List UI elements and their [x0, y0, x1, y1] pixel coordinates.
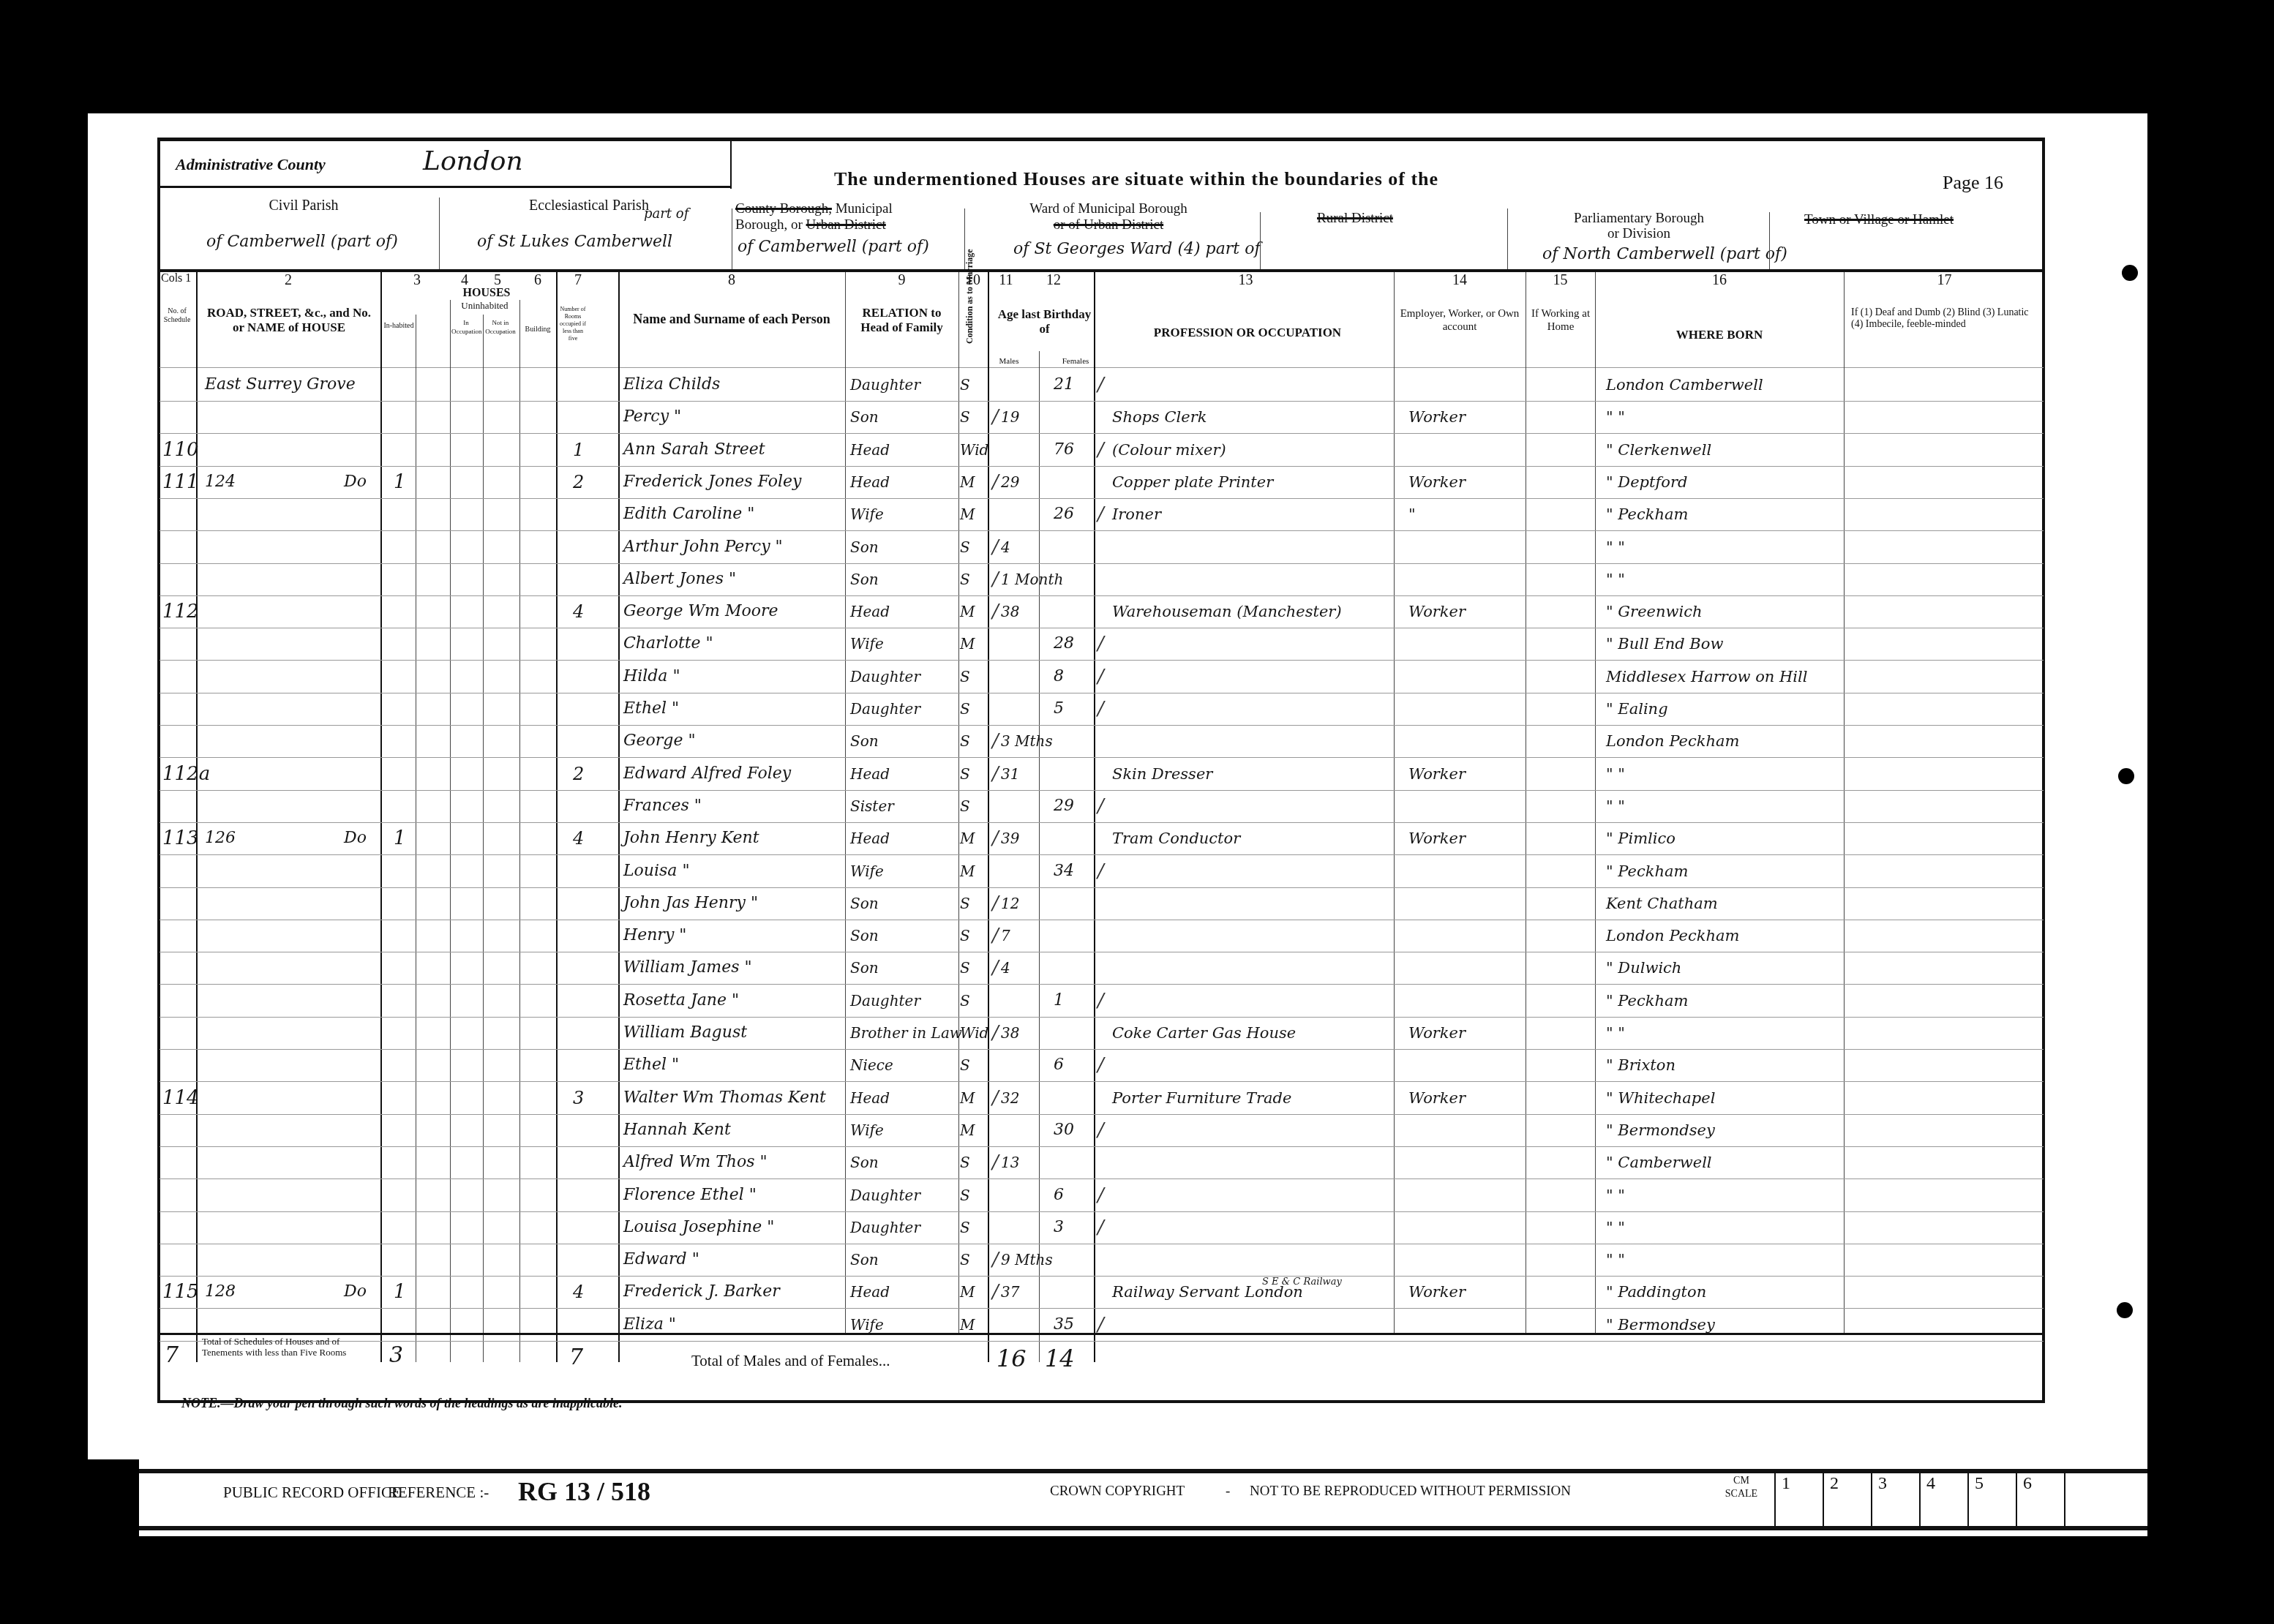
- divider: [732, 208, 732, 271]
- relation-to-head: Daughter: [850, 1213, 920, 1242]
- tally-tick: /: [992, 953, 999, 982]
- header-title: The undermentioned Houses are situate wi…: [834, 168, 1438, 190]
- person-name: Hilda ": [623, 662, 680, 691]
- col-num-16: 16: [1595, 272, 1844, 289]
- borough-value: of Camberwell (part of): [738, 238, 929, 256]
- scale-mark: 4: [1919, 1469, 1970, 1526]
- birthplace: London Peckham: [1606, 726, 1739, 756]
- eccl-parish-note: part of: [644, 206, 688, 222]
- heading-condition: Condition as to Marriage: [964, 249, 975, 344]
- relation-to-head: Wife: [850, 1310, 884, 1339]
- relation-to-head: Son: [850, 1245, 879, 1274]
- male-age: 38: [1001, 1018, 1019, 1048]
- employment-status: Worker: [1408, 1083, 1466, 1113]
- col-num-9: 9: [845, 272, 958, 289]
- employment-status: Worker: [1408, 759, 1466, 789]
- town-village-struck: Town or Village or Hamlet: [1804, 212, 1954, 228]
- female-age: 3: [1054, 1213, 1064, 1242]
- schedule-number: 110: [162, 435, 199, 465]
- male-age: 12: [1001, 889, 1019, 918]
- col-divider: [618, 272, 620, 1362]
- birthplace: " Bermondsey: [1606, 1116, 1715, 1145]
- col-num-13: 13: [1097, 272, 1394, 289]
- relation-to-head: Son: [850, 889, 879, 918]
- col-divider: [416, 315, 416, 1362]
- person-name: John Henry Kent: [623, 824, 759, 853]
- schedule-number: 111: [162, 467, 199, 497]
- employment-status: Worker: [1408, 1277, 1466, 1307]
- heading-uninhabited: Uninhabited: [450, 300, 519, 312]
- marital-condition: S: [960, 889, 970, 918]
- relation-to-head: Wife: [850, 500, 884, 529]
- row-rule: [160, 660, 2044, 661]
- row-rule: [160, 1341, 2044, 1342]
- inhabited-count: 1: [394, 824, 406, 853]
- row-rule: [160, 498, 2044, 499]
- birthplace: Middlesex Harrow on Hill: [1606, 662, 1807, 691]
- marital-condition: S: [960, 1148, 970, 1177]
- admin-county-label: Administrative County: [176, 155, 326, 174]
- heading-not-in-occupation: Not in Occupation: [484, 318, 517, 336]
- person-name: Henry ": [623, 921, 686, 950]
- total-males: 16: [997, 1345, 1027, 1372]
- col-num-17: 17: [1844, 272, 2045, 289]
- marital-condition: M: [960, 597, 975, 626]
- inhabited-count: 1: [394, 467, 406, 497]
- female-age: 29: [1054, 792, 1074, 821]
- row-rule: [160, 563, 2044, 564]
- scale-mark-end: [2064, 1469, 2115, 1526]
- tally-tick: /: [992, 1018, 999, 1048]
- row-rule: [160, 822, 2044, 823]
- male-age: 9 Mths: [1001, 1245, 1053, 1274]
- tally-tick: /: [1097, 1181, 1104, 1210]
- birthplace: " Ealing: [1606, 694, 1668, 723]
- person-name: Louisa Josephine ": [623, 1213, 774, 1242]
- admin-county-underline: [160, 186, 730, 188]
- female-age: 5: [1054, 694, 1064, 723]
- relation-to-head: Niece: [850, 1050, 893, 1080]
- county-borough-label: County Borough, Municipal: [735, 201, 893, 217]
- birthplace: " Bermondsey: [1606, 1310, 1715, 1339]
- col-num-11: 11: [991, 272, 1021, 289]
- tally-tick: /: [992, 597, 999, 626]
- relation-to-head: Son: [850, 402, 879, 432]
- occupation: Ironer: [1112, 500, 1161, 529]
- tally-tick: /: [992, 921, 999, 950]
- marital-condition: S: [960, 370, 970, 399]
- person-name: Ethel ": [623, 1050, 679, 1080]
- col-divider: [958, 272, 959, 1333]
- person-name: Frederick J. Barker: [623, 1277, 780, 1307]
- male-age: 29: [1001, 467, 1019, 497]
- marital-condition: M: [960, 1083, 975, 1113]
- occupation: Porter Furniture Trade: [1112, 1083, 1291, 1113]
- row-rule: [160, 628, 2044, 628]
- civil-parish-value: of Camberwell (part of): [206, 233, 398, 251]
- footer-copyright: CROWN COPYRIGHT: [1050, 1484, 1185, 1500]
- tally-tick: /: [992, 1148, 999, 1177]
- row-rule: [160, 530, 2044, 531]
- total-rooms: 7: [569, 1345, 583, 1370]
- row-rule: [160, 401, 2044, 402]
- female-age: 6: [1054, 1050, 1064, 1080]
- scale-mark: 1: [1774, 1469, 1825, 1526]
- person-name: Albert Jones ": [623, 565, 736, 594]
- house-number-ditto: Do: [344, 467, 367, 497]
- schedule-number: 114: [162, 1083, 199, 1113]
- birthplace: " ": [1606, 533, 1625, 562]
- row-rule: [160, 1211, 2044, 1212]
- occupation: Warehouseman (Manchester): [1112, 597, 1342, 626]
- marital-condition: Wid: [960, 435, 988, 465]
- scale-label-cm: CM: [1723, 1475, 1760, 1488]
- row-rule: [160, 790, 2044, 791]
- scale-label-scale: SCALE: [1723, 1488, 1760, 1501]
- relation-to-head: Wife: [850, 629, 884, 658]
- row-rule: [160, 1276, 2044, 1277]
- row-rule: [160, 1114, 2044, 1115]
- tally-tick: /: [1097, 1213, 1104, 1242]
- tally-tick: /: [992, 1245, 999, 1274]
- parliamentary-label-1: Parliamentary Borough: [1522, 211, 1756, 226]
- person-name: Alfred Wm Thos ": [623, 1148, 768, 1177]
- row-rule: [160, 757, 2044, 758]
- row-rule: [160, 725, 2044, 726]
- tally-tick: /: [1097, 1310, 1104, 1339]
- admin-county-value: London: [423, 146, 523, 176]
- row-rule: [160, 1308, 2044, 1309]
- col-divider: [483, 315, 484, 1362]
- heading-males: Males: [991, 357, 1027, 366]
- relation-to-head: Son: [850, 565, 879, 594]
- total-schedules-label: Total of Schedules of Houses and of Tene…: [202, 1336, 370, 1358]
- divider: [439, 198, 440, 271]
- urban-district-struck: Urban District: [806, 217, 886, 233]
- marital-condition: S: [960, 921, 970, 950]
- relation-to-head: Daughter: [850, 370, 920, 399]
- total-males-females-label: Total of Males and of Females...: [691, 1352, 890, 1370]
- female-age: 28: [1054, 629, 1074, 658]
- birthplace: " Bull End Bow: [1606, 629, 1723, 658]
- row-rule: [160, 1081, 2044, 1082]
- tally-tick: /: [1097, 435, 1104, 465]
- parliamentary-label: Parliamentary Borough or Division: [1522, 211, 1756, 241]
- relation-to-head: Son: [850, 726, 879, 756]
- male-age: 4: [1001, 533, 1010, 562]
- occupation: Skin Dresser: [1112, 759, 1212, 789]
- birthplace: " Greenwich: [1606, 597, 1703, 626]
- female-age: 6: [1054, 1181, 1064, 1210]
- male-age: 13: [1001, 1148, 1019, 1177]
- person-name: Eliza Childs: [623, 370, 720, 399]
- relation-to-head: Head: [850, 467, 890, 497]
- birthplace: " ": [1606, 565, 1625, 594]
- person-name: Ann Sarah Street: [623, 435, 765, 465]
- marital-condition: S: [960, 1213, 970, 1242]
- marital-condition: S: [960, 953, 970, 982]
- marital-condition: M: [960, 857, 975, 886]
- schedule-number: 112: [162, 597, 199, 626]
- birthplace: London Camberwell: [1606, 370, 1763, 399]
- house-number-ditto: Do: [344, 824, 367, 853]
- marital-condition: S: [960, 726, 970, 756]
- scale-mark: 6: [2016, 1469, 2067, 1526]
- occupation: Shops Clerk: [1112, 402, 1207, 432]
- person-name: Hannah Kent: [623, 1116, 731, 1145]
- civil-parish-label: Civil Parish: [176, 198, 432, 214]
- marital-condition: M: [960, 1116, 975, 1145]
- row-rule: [160, 466, 2044, 467]
- relation-to-head: Head: [850, 1083, 890, 1113]
- birthplace: " Pimlico: [1606, 824, 1676, 853]
- tally-tick: /: [1097, 986, 1104, 1015]
- inhabited-count: 1: [394, 1277, 406, 1307]
- row-rule: [160, 952, 2044, 952]
- parliamentary-value: of North Camberwell (part of): [1542, 245, 1787, 263]
- page-number: Page 16: [1943, 172, 2003, 194]
- person-name: Eliza ": [623, 1310, 676, 1339]
- tally-tick: /: [1097, 500, 1104, 529]
- row-rule: [160, 1017, 2044, 1018]
- marital-condition: M: [960, 824, 975, 853]
- female-age: 76: [1054, 435, 1074, 465]
- col-num-12: 12: [1039, 272, 1068, 289]
- rooms-count: 3: [573, 1083, 584, 1113]
- person-name: Florence Ethel ": [623, 1181, 757, 1210]
- tally-tick: /: [992, 533, 999, 562]
- birthplace: " Clerkenwell: [1606, 435, 1711, 465]
- heading-in-occupation: In Occupation: [451, 318, 481, 336]
- heading-schedule: No. of Schedule: [158, 307, 196, 325]
- col-divider: [845, 272, 846, 1333]
- male-age: 4: [1001, 953, 1010, 982]
- marital-condition: M: [960, 1277, 975, 1307]
- relation-to-head: Head: [850, 1277, 890, 1307]
- tally-tick: /: [1097, 662, 1104, 691]
- col-divider: [380, 272, 382, 1362]
- employment-status: Worker: [1408, 467, 1466, 497]
- birthplace: " Paddington: [1606, 1277, 1706, 1307]
- rooms-count: 2: [573, 759, 584, 789]
- heading-rooms: Number of Rooms occupied if less than fi…: [558, 306, 588, 342]
- person-name: Percy ": [623, 402, 681, 432]
- col-divider: [1039, 351, 1040, 1362]
- col-divider: [1595, 272, 1596, 1333]
- employment-status: Worker: [1408, 597, 1466, 626]
- marital-condition: S: [960, 759, 970, 789]
- heading-rule: [160, 367, 2044, 368]
- marital-condition: S: [960, 792, 970, 821]
- person-name: Frederick Jones Foley: [623, 467, 801, 497]
- marital-condition: S: [960, 694, 970, 723]
- person-name: Arthur John Percy ": [623, 533, 783, 562]
- female-age: 1: [1054, 986, 1064, 1015]
- marital-condition: M: [960, 467, 975, 497]
- relation-to-head: Son: [850, 1148, 879, 1177]
- person-name: George ": [623, 726, 696, 756]
- relation-to-head: Head: [850, 435, 890, 465]
- road-name: 128: [205, 1277, 236, 1307]
- col-divider: [1394, 272, 1395, 1333]
- row-rule: [160, 595, 2044, 596]
- birthplace: " Peckham: [1606, 986, 1688, 1015]
- female-age: 21: [1054, 370, 1074, 399]
- marital-condition: S: [960, 986, 970, 1015]
- marital-condition: S: [960, 565, 970, 594]
- male-age: 32: [1001, 1083, 1019, 1113]
- tally-tick: /: [1097, 1116, 1104, 1145]
- tally-tick: /: [992, 726, 999, 756]
- rooms-count: 4: [573, 1277, 584, 1307]
- row-rule: [160, 433, 2044, 434]
- marital-condition: M: [960, 629, 975, 658]
- person-name: Charlotte ": [623, 629, 713, 658]
- punch-hole: [2118, 768, 2134, 784]
- row-rule: [160, 1049, 2044, 1050]
- birthplace: " Peckham: [1606, 500, 1688, 529]
- birthplace: " Peckham: [1606, 857, 1688, 886]
- person-name: William James ": [623, 953, 752, 982]
- col-num-14: 14: [1394, 272, 1526, 289]
- female-age: 30: [1054, 1116, 1074, 1145]
- person-name: Ethel ": [623, 694, 679, 723]
- birthplace: " ": [1606, 1181, 1625, 1210]
- row-rule: [160, 1146, 2044, 1147]
- footer-permission: NOT TO BE REPRODUCED WITHOUT PERMISSION: [1250, 1484, 1571, 1500]
- tally-tick: /: [1097, 629, 1104, 658]
- col-num-15: 15: [1526, 272, 1595, 289]
- heading-age: Age last Birthday of: [991, 307, 1097, 337]
- tally-tick: /: [992, 467, 999, 497]
- col-divider: [1844, 272, 1845, 1333]
- female-age: 35: [1054, 1310, 1074, 1339]
- row-rule: [160, 1244, 2044, 1244]
- scale-mark: 3: [1871, 1469, 1922, 1526]
- tally-tick: /: [992, 889, 999, 918]
- marital-condition: S: [960, 1181, 970, 1210]
- person-name: John Jas Henry ": [623, 889, 758, 918]
- ward-struck: or of Urban District: [973, 217, 1244, 233]
- heading-road: ROAD, STREET, &c., and No. or NAME of HO…: [201, 306, 377, 335]
- schedule-number: 113: [162, 824, 199, 853]
- male-age: 31: [1001, 759, 1019, 789]
- row-rule: [160, 887, 2044, 888]
- male-age: 19: [1001, 402, 1019, 432]
- birthplace: " Camberwell: [1606, 1148, 1712, 1177]
- row-rule: [160, 920, 2044, 920]
- marital-condition: S: [960, 662, 970, 691]
- relation-to-head: Daughter: [850, 694, 920, 723]
- male-age: 39: [1001, 824, 1019, 853]
- col-num-8: 8: [618, 272, 845, 289]
- col-divider: [519, 300, 520, 1362]
- heading-infirmity: If (1) Deaf and Dumb (2) Blind (3) Lunat…: [1851, 307, 2034, 331]
- rooms-count: 2: [573, 467, 584, 497]
- birthplace: " ": [1606, 1245, 1625, 1274]
- row-rule: [160, 984, 2044, 985]
- rooms-count: 4: [573, 824, 584, 853]
- tally-tick: /: [992, 1277, 999, 1307]
- heading-females: Females: [1054, 357, 1097, 366]
- person-name: Walter Wm Thomas Kent: [623, 1083, 826, 1113]
- relation-to-head: Sister: [850, 792, 894, 821]
- person-name: Frances ": [623, 792, 702, 821]
- birthplace: " Brixton: [1606, 1050, 1676, 1080]
- col-divider: [556, 272, 558, 1362]
- marital-condition: S: [960, 1050, 970, 1080]
- tally-tick: /: [1097, 1050, 1104, 1080]
- person-name: William Bagust: [623, 1018, 747, 1048]
- birthplace: " Deptford: [1606, 467, 1687, 497]
- relation-to-head: Son: [850, 533, 879, 562]
- person-name: Edith Caroline ": [623, 500, 754, 529]
- archive-footer: PUBLIC RECORD OFFICE REFERENCE :- RG 13 …: [139, 1456, 2147, 1536]
- row-rule: [160, 1178, 2044, 1179]
- divider: [1260, 212, 1261, 271]
- divider: [1507, 208, 1508, 271]
- birthplace: " ": [1606, 792, 1625, 821]
- col-divider: [1094, 272, 1095, 1362]
- house-number-ditto: Do: [344, 1277, 367, 1307]
- female-age: 26: [1054, 500, 1074, 529]
- road-name: East Surrey Grove: [205, 370, 356, 399]
- tally-tick: /: [992, 824, 999, 853]
- male-age: 38: [1001, 597, 1019, 626]
- employment-status: Worker: [1408, 402, 1466, 432]
- male-age: 7: [1001, 921, 1010, 950]
- tally-tick: /: [992, 1083, 999, 1113]
- tally-tick: /: [1097, 370, 1104, 399]
- parliamentary-label-2: or Division: [1522, 226, 1756, 241]
- relation-to-head: Brother in Law: [850, 1018, 962, 1048]
- col-num-7: 7: [567, 272, 589, 289]
- relation-to-head: Head: [850, 759, 890, 789]
- heading-inhabited: In-habited: [382, 322, 416, 331]
- heading-occupation: PROFESSION OR OCCUPATION: [1105, 326, 1390, 340]
- birthplace: " Whitechapel: [1606, 1083, 1715, 1113]
- occupation: Tram Conductor: [1112, 824, 1240, 853]
- occupation: Copper plate Printer: [1112, 467, 1273, 497]
- birthplace: " Dulwich: [1606, 953, 1681, 982]
- rooms-count: 4: [573, 597, 584, 626]
- row-rule: [160, 693, 2044, 693]
- col-divider: [1526, 272, 1526, 1333]
- relation-to-head: Daughter: [850, 662, 920, 691]
- marital-condition: M: [960, 1310, 975, 1339]
- marital-condition: Wid: [960, 1018, 988, 1048]
- birthplace: " ": [1606, 759, 1625, 789]
- divider: [730, 140, 732, 189]
- row-rule: [160, 854, 2044, 855]
- divider: [1769, 212, 1770, 271]
- road-name: 126: [205, 824, 236, 853]
- footer-separator: -: [1226, 1484, 1230, 1500]
- heading-working-home: If Working at Home: [1528, 307, 1594, 334]
- relation-to-head: Head: [850, 597, 890, 626]
- relation-to-head: Daughter: [850, 986, 920, 1015]
- marital-condition: S: [960, 402, 970, 432]
- col-num-2: 2: [196, 272, 380, 289]
- heading-where-born: WHERE BORN: [1599, 328, 1840, 342]
- person-name: Rosetta Jane ": [623, 986, 739, 1015]
- road-name: 124: [205, 467, 236, 497]
- birthplace: " ": [1606, 402, 1625, 432]
- person-name: Edward ": [623, 1245, 699, 1274]
- employment-status: Worker: [1408, 824, 1466, 853]
- eccl-parish-value: of St Lukes Camberwell: [477, 233, 672, 251]
- col-divider: [450, 300, 451, 1362]
